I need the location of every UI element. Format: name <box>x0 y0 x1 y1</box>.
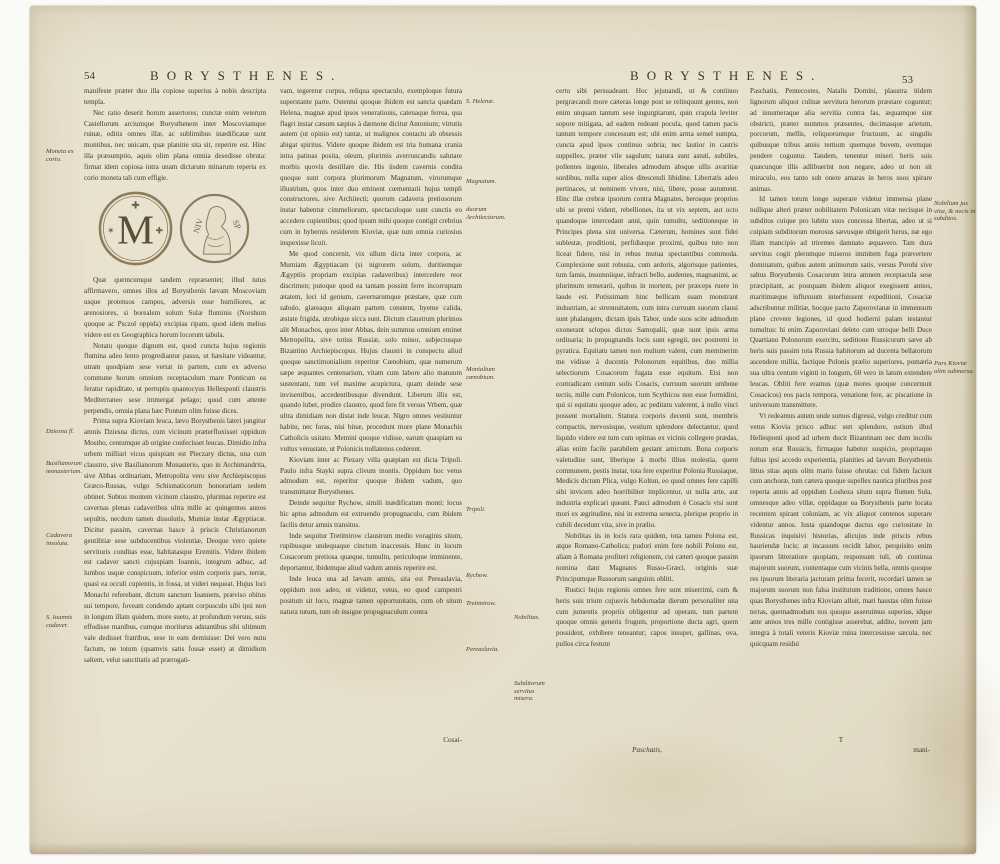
paragraph: Quæ quemcumque tandem repræsentet; illud… <box>84 275 266 340</box>
left-page-title: BORYSTHENES. <box>150 68 342 84</box>
svg-text:✚: ✚ <box>131 200 139 211</box>
right-page-column-1: certo sibi persuadeant. Hoc jejunandi, u… <box>556 86 738 744</box>
svg-text:M: M <box>117 206 154 252</box>
paragraph: Prima supra Kioviam leuca, lævo Borysthe… <box>84 416 266 665</box>
paragraph: Nec ratio deserit horum assertores; cunc… <box>84 108 266 184</box>
paragraph: Paschatis, Pentecostes, Natalis Domini, … <box>750 86 932 194</box>
column-text: manifeste præter duo illa copiose superi… <box>84 86 266 184</box>
paragraph: Inde leuca una ad lævam amnis, sita est … <box>280 574 462 617</box>
page-edge-bottom <box>30 842 976 854</box>
column-text: certo sibi persuadeant. Hoc jejunandi, u… <box>556 86 738 650</box>
paragraph: Notatu quoque dignum est, quod cuncta hu… <box>84 341 266 417</box>
paragraph: vam, tegeretur corpus, reliqua spectacul… <box>280 86 462 249</box>
right-page-number: 53 <box>902 74 913 86</box>
left-page-catchword: Cosai- <box>280 736 462 744</box>
paragraph: Deinde sequitur Rychow, simili inædifica… <box>280 498 462 531</box>
svg-text:✚: ✚ <box>155 225 163 235</box>
left-page-number: 54 <box>84 70 95 82</box>
paragraph: Rustici hujus regionis omnes fere sunt m… <box>556 585 738 650</box>
page-edge-right <box>962 6 976 854</box>
paragraph: Vt redeamus autem unde sumus digressi, v… <box>750 411 932 650</box>
coin-legend-right: SP <box>231 218 243 230</box>
left-page-column-1: manifeste præter duo illa copiose superi… <box>84 86 266 744</box>
right-page-catchword: mani- <box>750 746 930 754</box>
book-scan: 54 BORYSTHENES. Moneta ex corio.Dziesna … <box>0 0 1000 864</box>
signature-mark: T <box>750 736 932 744</box>
paragraph: manifeste præter duo illa copiose superi… <box>84 86 266 108</box>
paragraph: Kioviam inter ac Piezary villa quæpiam e… <box>280 455 462 498</box>
left-page-column-2: vam, tegeretur corpus, reliqua spectacul… <box>280 86 462 744</box>
coin-figure: M ✚ ✶ ✚ NIV SP <box>96 187 254 274</box>
column-text: Paschatis, Pentecostes, Natalis Domini, … <box>750 86 932 650</box>
coin-left: M ✚ ✶ ✚ <box>100 193 171 264</box>
coin-legend-left: NIV <box>192 217 205 234</box>
paragraph: Nobilitas iis in locis rara quidem, tota… <box>556 531 738 585</box>
paragraph: Id tamen totum longe superare videtur im… <box>750 194 932 411</box>
svg-text:✶: ✶ <box>107 225 114 235</box>
column-text: Quæ quemcumque tandem repræsentet; illud… <box>84 275 266 665</box>
paragraph: Inde sequitur Tretimirow claustrum medio… <box>280 531 462 574</box>
coin-right: NIV SP <box>181 195 248 262</box>
paragraph: Me quod concernit, vix ullum dicta inter… <box>280 249 462 455</box>
column-text: vam, tegeretur corpus, reliqua spectacul… <box>280 86 462 617</box>
right-page-title: BORYSTHENES. <box>630 68 822 84</box>
paragraph: certo sibi persuadeant. Hoc jejunandi, u… <box>556 86 738 531</box>
coin-illustration: M ✚ ✶ ✚ NIV SP <box>96 187 254 270</box>
right-page-col1-catchword: Paschatis, <box>556 746 738 754</box>
right-page-column-2: Paschatis, Pentecostes, Natalis Domini, … <box>750 86 932 744</box>
